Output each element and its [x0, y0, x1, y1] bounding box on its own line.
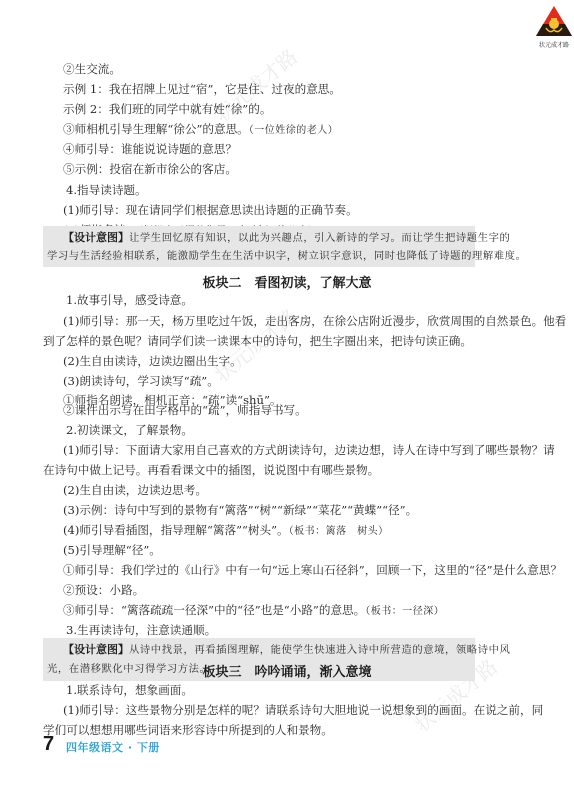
design-intent-line: 学习与生活经验相联系，能激励学生在生活中识字，树立识字意识，同时也降低了诗题的理…: [47, 248, 526, 264]
design-intent-label: 【设计意图】: [63, 231, 129, 244]
text-line: ④师引导：谁能说说诗题的意思？: [63, 141, 237, 157]
design-intent-text: 让学生回忆原有知识，以此为兴趣点，引入新诗的学习。而让学生把诗题生字的: [129, 232, 510, 244]
text-line: (3)朗读诗句，学习读写“疏”。: [63, 373, 219, 389]
text-line: ①师引导：我们学过的《山行》中有一句“远上寒山石径斜”，回顾一下，这里的“径”是…: [63, 562, 562, 578]
text-line-with-note: ③师相机引导生理解“徐公”的意思。（一位姓徐的老人）: [63, 121, 338, 139]
text-line: ②生交流。: [63, 61, 121, 77]
design-intent-line: 【设计意图】从诗中找景，再看插图理解，能使学生快速进入诗中所营造的意境，领略诗中…: [63, 642, 510, 658]
text-line: (1)师引导：那一天，杨万里吃过午饭，走出客房，在徐公店附近漫步，欣赏周围的自然…: [63, 313, 566, 329]
text: ③师引导：“篱落疏疏一径深”中的“径”也是“小路”的意思。: [63, 603, 365, 617]
design-intent-text: 从诗中找景，再看插图理解，能使学生快速进入诗中所营造的意境，领略诗中风: [129, 644, 510, 656]
board-note: （板书：一径深）: [365, 606, 444, 617]
text-line: 到了怎样的景色呢？请同学们读一读课本中的诗句，把生字圈出来，把诗句读正确。: [43, 333, 472, 349]
text-line: (5)引导理解“径”。: [63, 542, 161, 558]
text-line: (2)生自由读诗，边读边圈出生字。: [63, 353, 242, 369]
text-line: (1)师引导：下面请大家用自己喜欢的方式朗读诗句，边读边想，诗人在诗中写到了哪些…: [63, 442, 555, 458]
text-line: (3)示例：诗句中写到的景物有“篱落”“树”“新绿”“菜花”“黄蝶”“径”。: [63, 502, 417, 518]
text-line: 学们可以想想用哪些词语来形容诗中所提到的人和景物。: [43, 722, 333, 738]
text: (4)师引导看插图，指导理解“篱落”“树头”。: [63, 523, 289, 537]
publisher-logo: 状元成才路: [534, 4, 574, 52]
text-line-with-note: ③师引导：“篱落疏疏一径深”中的“径”也是“小路”的意思。（板书：一径深）: [63, 602, 444, 620]
logo-text: 状元成才路: [534, 40, 574, 49]
text-line: ②课件出示写在田字格中的“疏”，师指导书写。: [63, 402, 307, 418]
text-line-with-note: (4)师引导看插图，指导理解“篱落”“树头”。（板书：篱落 树头）: [63, 522, 389, 540]
text-line: 3.生再读诗句，注意读通顺。: [66, 622, 216, 638]
note: （一位姓徐的老人）: [249, 125, 339, 136]
text-line: 1.联系诗句，想象画面。: [66, 682, 193, 698]
text-line: 示例 2：我们班的同学中就有姓“徐”的。: [63, 101, 271, 117]
logo-triangle-icon: [534, 4, 574, 40]
text-line: 2.初读课文，了解景物。: [66, 422, 193, 438]
design-intent-label: 【设计意图】: [63, 643, 129, 656]
design-intent-box: 【设计意图】让学生回忆原有知识，以此为兴趣点，引入新诗的学习。而让学生把诗题生字…: [43, 226, 475, 267]
section-title: 板块三 吟吟诵诵，渐入意境: [0, 661, 574, 680]
text-line: 在诗句中做上记号。再看看课文中的插图，说说图中有哪些景物。: [43, 462, 379, 478]
section-title: 板块二 看图初读，了解大意: [0, 272, 574, 291]
text-line: ②预设：小路。: [63, 582, 144, 598]
text-line: (2)生自由读，边读边思考。: [63, 482, 207, 498]
text-line: 4.指导读诗题。: [66, 182, 147, 198]
page-number: 7: [43, 733, 54, 756]
text-line: (1)师引导：这些景物分别是怎样的呢？请联系诗句大胆地说一说想象到的画面。在说之…: [63, 702, 543, 718]
board-note: （板书：篱落 树头）: [289, 526, 389, 537]
text-line: (1)师引导：现在请同学们根据意思读出诗题的正确节奏。: [63, 202, 358, 218]
book-title: 四年级语文 · 下册: [66, 739, 160, 755]
text-line: 示例 1：我在招牌上见过“宿”，它是住、过夜的意思。: [63, 81, 341, 97]
text: ③师相机引导生理解“徐公”的意思。: [63, 122, 249, 136]
text-line: 1.故事引导，感受诗意。: [66, 292, 193, 308]
design-intent-line: 【设计意图】让学生回忆原有知识，以此为兴趣点，引入新诗的学习。而让学生把诗题生字…: [63, 230, 510, 246]
text-line: ⑤示例：投宿在新市徐公的客店。: [63, 161, 237, 177]
